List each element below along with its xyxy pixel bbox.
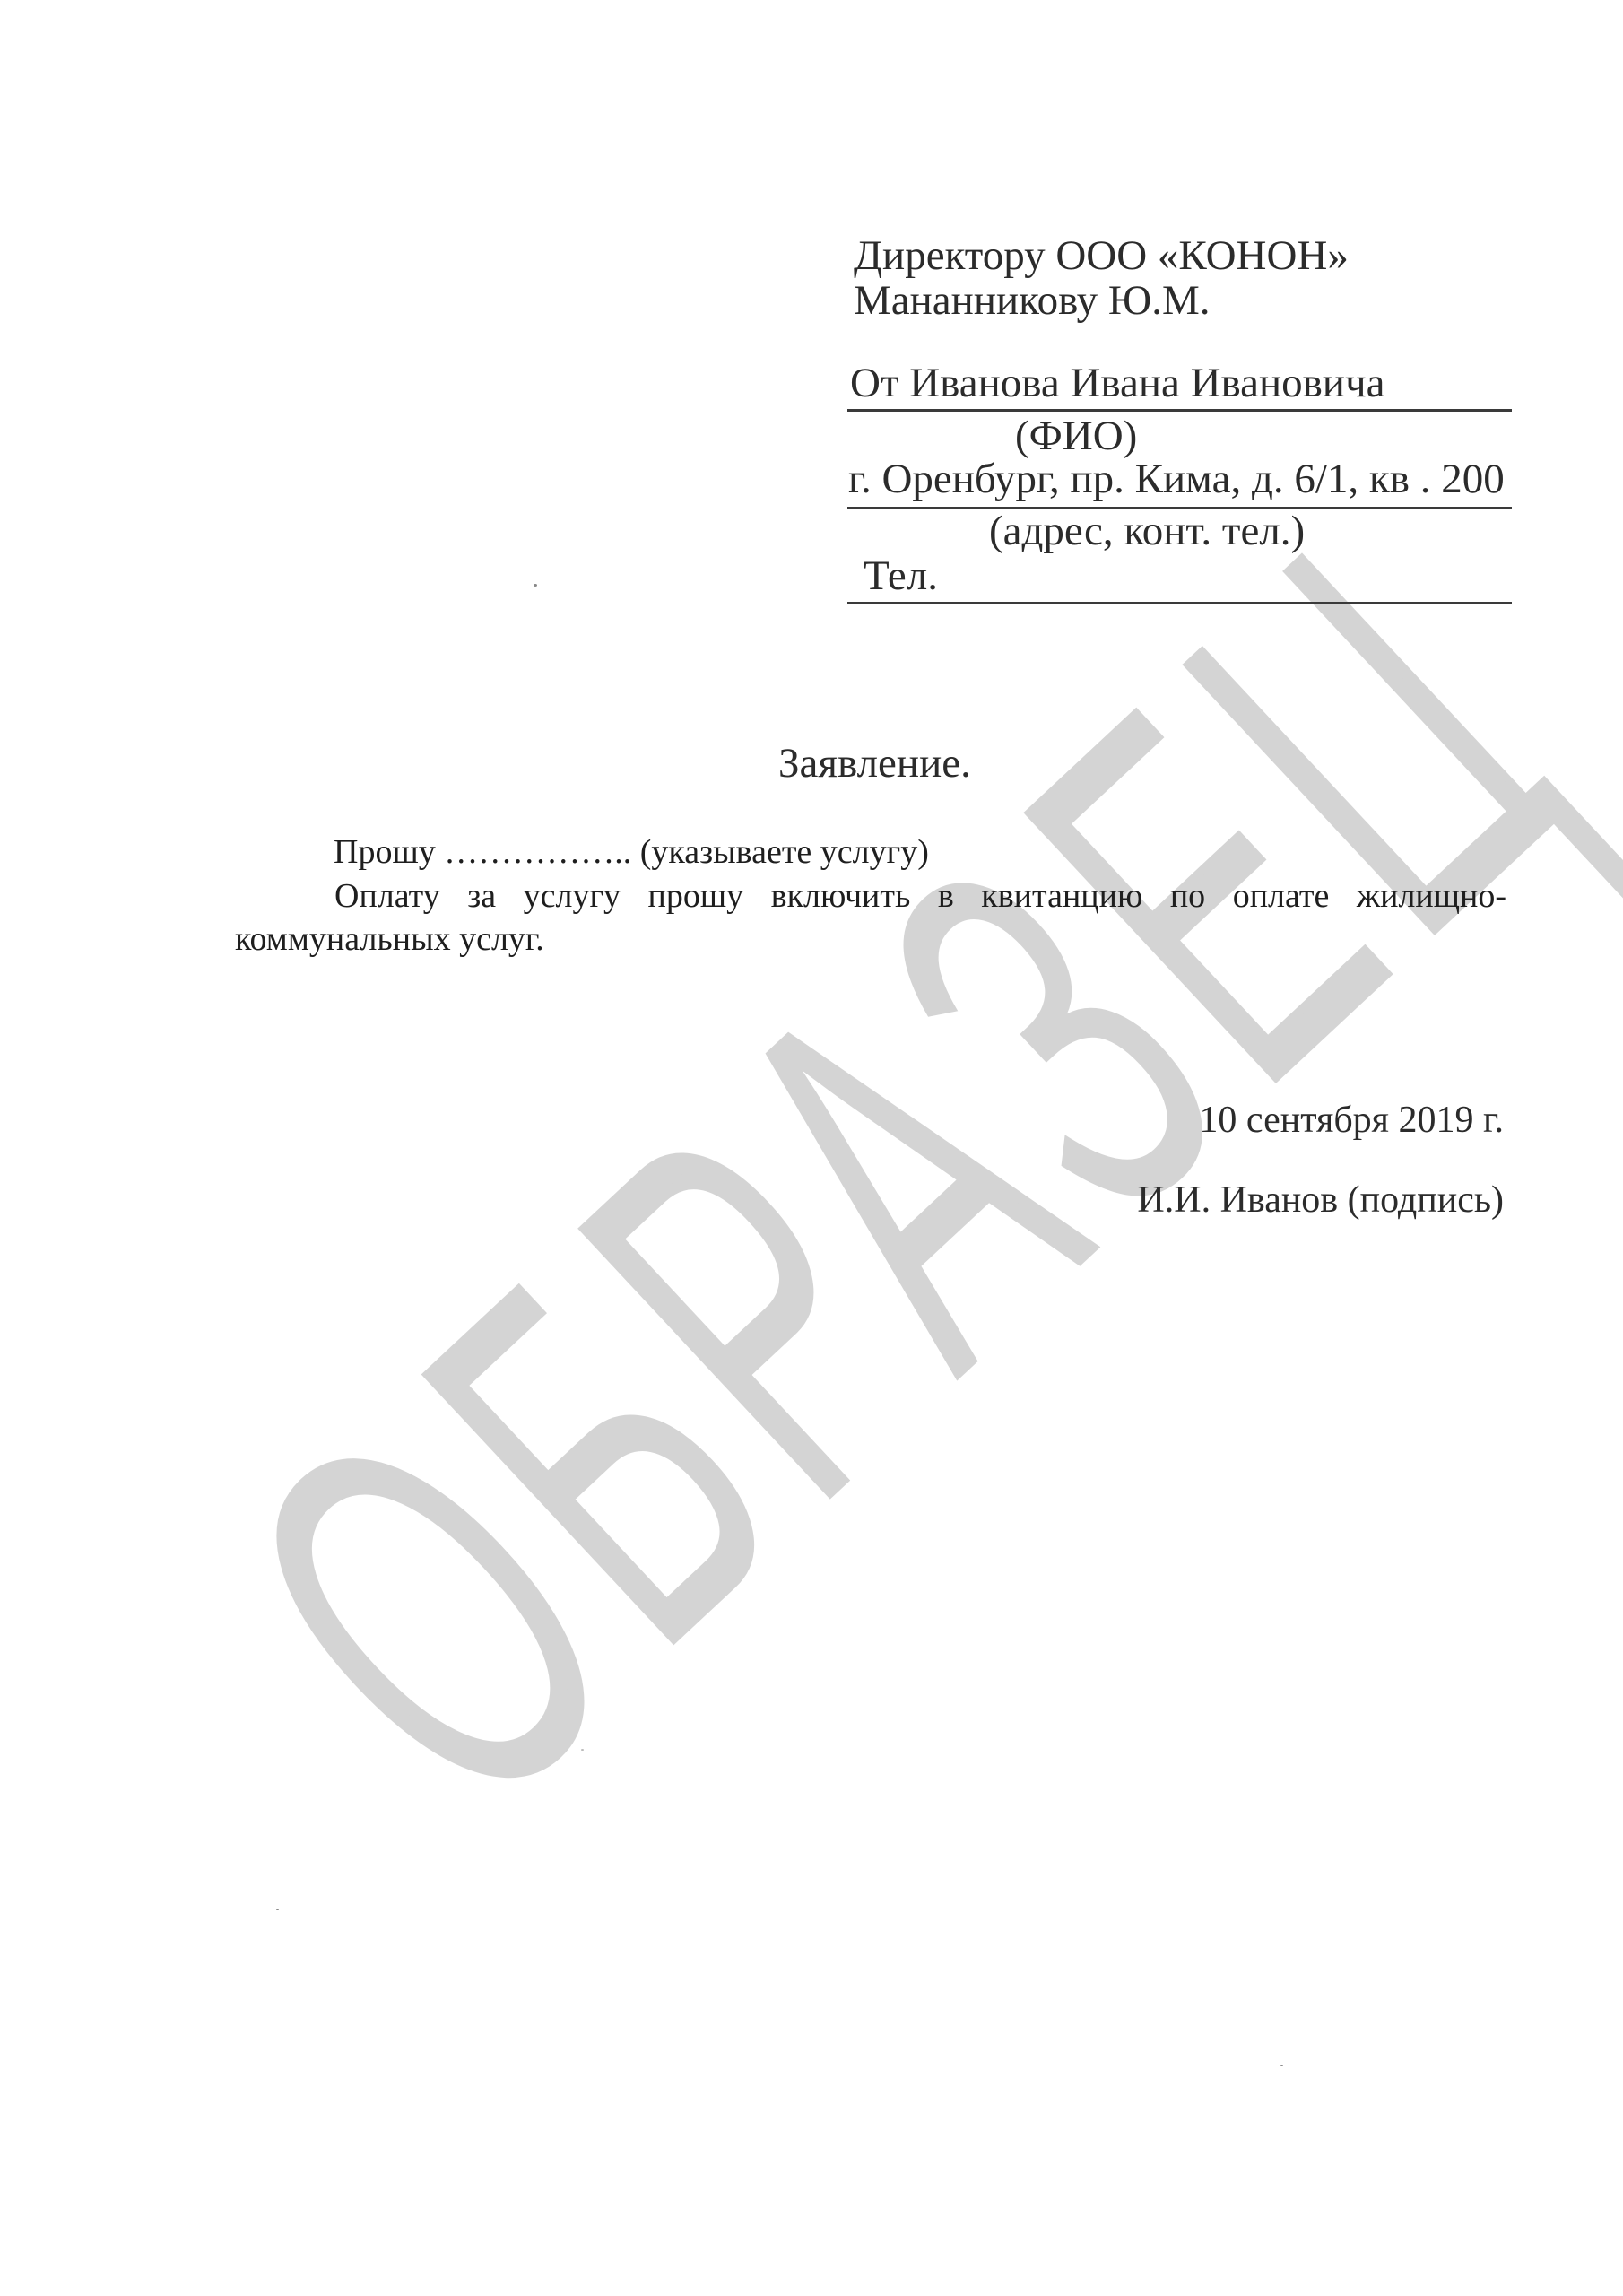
sender-phone-label: Тел. (864, 555, 938, 597)
sender-name: От Иванова Ивана Ивановича (850, 362, 1384, 404)
scan-speck (534, 584, 537, 587)
sender-phone-underline (847, 602, 1512, 604)
document-title: Заявление. (778, 743, 971, 785)
sender-name-caption: (ФИО) (1015, 415, 1137, 457)
document-page: ОБРАЗЕЦ Директору ООО «КОНОН» Мананников… (0, 0, 1623, 2296)
scan-speck (1280, 2065, 1283, 2066)
payment-paragraph-line-1: Оплату за услугу прошу включить в квитан… (334, 879, 1506, 913)
watermark-text: ОБРАЗЕЦ (142, 434, 1623, 1917)
sender-address: г. Оренбург, пр. Кима, д. 6/1, кв . 200 (848, 458, 1505, 500)
scan-speck (581, 1749, 584, 1751)
payment-paragraph-line-2: коммунальных услуг. (235, 922, 544, 956)
scan-speck (276, 1909, 279, 1910)
addressee-line-2: Мананникову Ю.М. (854, 280, 1211, 322)
watermark-sample: ОБРАЗЕЦ (163, 457, 1623, 1893)
addressee-line-1: Директору ООО «КОНОН» (854, 235, 1349, 277)
sender-name-underline (847, 409, 1512, 412)
sender-address-caption: (адрес, конт. тел.) (989, 510, 1305, 552)
request-paragraph: Прошу …………….. (указываете услугу) (334, 835, 929, 869)
document-date: 10 сентября 2019 г. (1199, 1101, 1504, 1139)
signature-line: И.И. Иванов (подпись) (1137, 1181, 1504, 1219)
